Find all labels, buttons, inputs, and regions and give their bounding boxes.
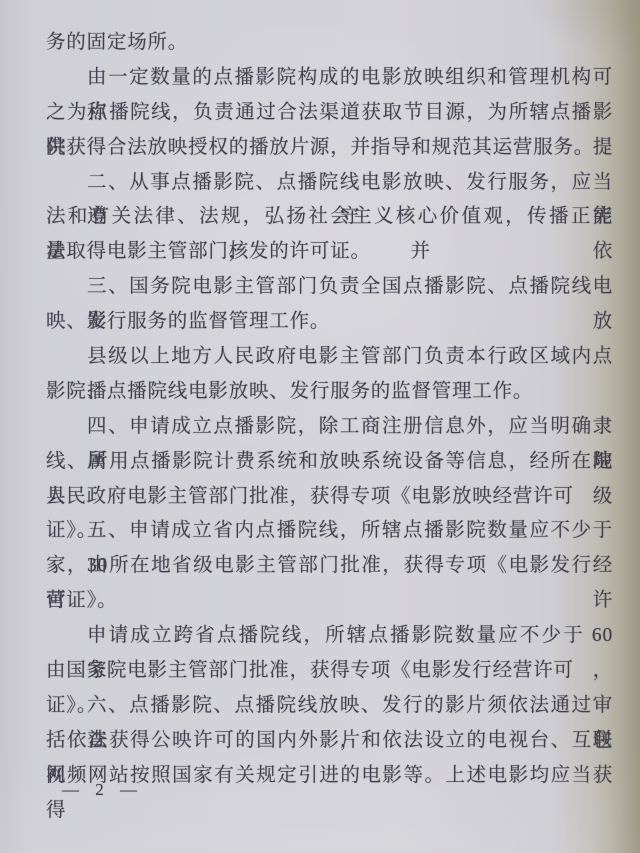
text-line: 家，由所在地省级电影主管部门批准，获得专项《电影发行经营许 [46, 549, 613, 584]
text-line: 县级以上地方人民政府电影主管部门负责本行政区域内点播 [46, 340, 613, 375]
text-line: 五、申请成立省内点播院线，所辖点播影院数量应不少于 30 [46, 514, 613, 549]
text-line: 四、申请成立点播影院，除工商注册信息外，应当明确隶属院 [46, 410, 613, 445]
text-line: 括依法获得公映许可的国内外影片和依法设立的电视台、互联网 [46, 724, 613, 759]
text-lines: 务的固定场所。由一定数量的点播影院构成的电影放映组织和管理机构可称之为点播院线，… [46, 26, 613, 794]
text-line: 二、从事点播影院、点播院线电影放映、发行服务，应当遵守宪 [46, 166, 613, 201]
text-line: 三、国务院电影主管部门负责全国点播影院、点播院线电影放 [46, 270, 613, 305]
text-line: 申请成立跨省点播院线，所辖点播影院数量应不少于 60 家， [46, 619, 613, 654]
text-line: 由国务院电影主管部门批准，获得专项《电影发行经营许可证》。 [46, 654, 613, 689]
text-line: 线、所用点播影院计费系统和放映系统设备等信息，经所在地县级 [46, 445, 613, 480]
text-line: 由一定数量的点播影院构成的电影放映组织和管理机构可称 [46, 61, 613, 96]
text-line: 供获得合法放映授权的播放片源，并指导和规范其运营服务。 [46, 131, 613, 166]
text-line: 之为点播院线，负责通过合法渠道获取节目源，为所辖点播影院提 [46, 96, 613, 131]
text-line: 人民政府电影主管部门批准，获得专项《电影放映经营许可证》。 [46, 480, 613, 515]
text-line: 六、点播影院、点播院线放映、发行的影片须依法通过审查，包 [46, 689, 613, 724]
page-number: — 2 — [62, 780, 138, 800]
document-page: 务的固定场所。由一定数量的点播影院构成的电影放映组织和管理机构可称之为点播院线，… [0, 0, 640, 853]
text-line: 影院、点播院线电影放映、发行服务的监督管理工作。 [46, 375, 613, 410]
text-line: 务的固定场所。 [46, 26, 613, 61]
text-line: 法和有关法律、法规，弘扬社会主义核心价值观，传播正能量，并依 [46, 200, 613, 235]
